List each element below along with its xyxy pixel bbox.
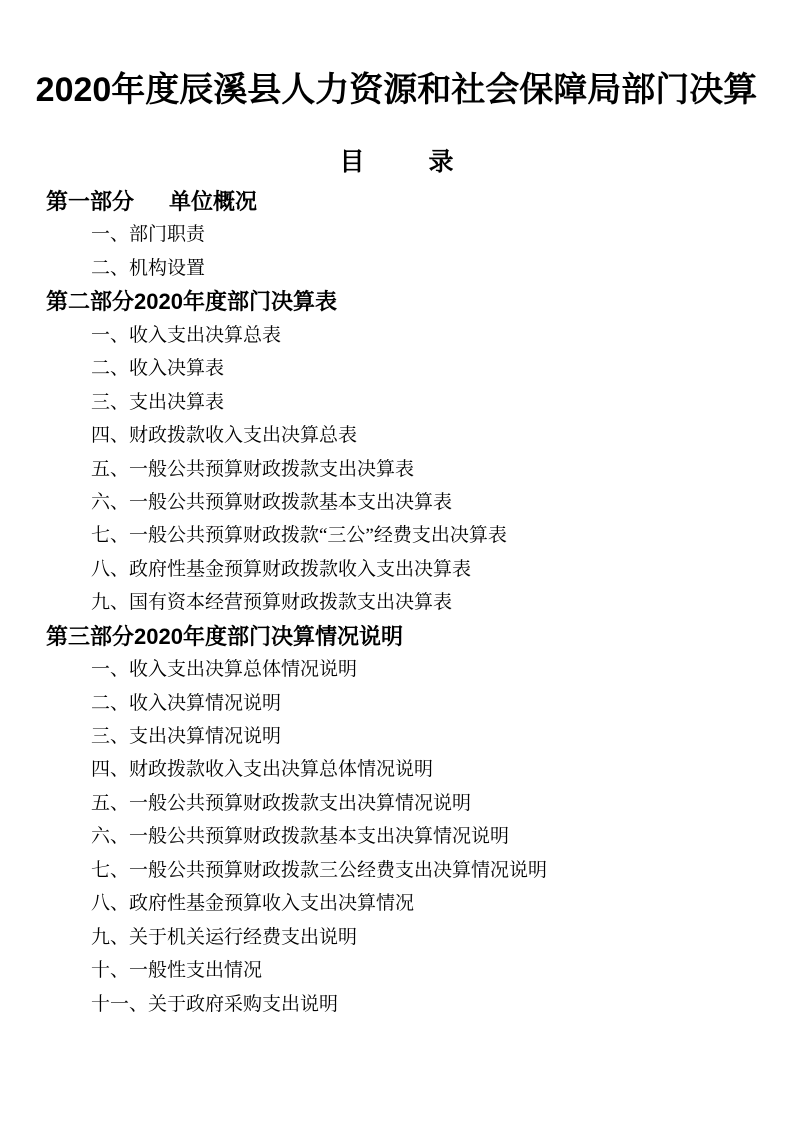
section-part3-title: 2020年度部门决算情况说明 bbox=[134, 624, 403, 649]
toc-entry: 三、支出决算表 bbox=[46, 386, 756, 419]
toc-entry: 三、支出决算情况说明 bbox=[46, 720, 756, 753]
toc-entry: 七、一般公共预算财政拨款三公经费支出决算情况说明 bbox=[46, 854, 756, 887]
section-heading-part1: 第一部分单位概况 bbox=[46, 185, 756, 218]
toc-entry: 十、一般性支出情况 bbox=[46, 954, 756, 987]
toc-entry: 八、政府性基金预算财政拨款收入支出决算表 bbox=[46, 553, 756, 586]
table-of-contents: 第一部分单位概况 一、部门职责 二、机构设置 第二部分2020年度部门决算表 一… bbox=[46, 185, 756, 1021]
toc-title-char-second: 录 bbox=[429, 146, 454, 178]
toc-entry: 九、关于机关运行经费支出说明 bbox=[46, 921, 756, 954]
toc-entry: 一、部门职责 bbox=[46, 218, 756, 251]
toc-title-char-first: 目 bbox=[339, 146, 364, 178]
toc-title: 目 录 bbox=[0, 146, 793, 178]
toc-entry: 一、收入支出决算总体情况说明 bbox=[46, 653, 756, 686]
section-part3-label: 第三部分 bbox=[46, 624, 134, 649]
document-page: { "document": { "title": "2020年度辰溪县人力资源和… bbox=[0, 0, 793, 1122]
section-part2-label: 第二部分 bbox=[46, 289, 134, 314]
toc-entry: 六、一般公共预算财政拨款基本支出决算情况说明 bbox=[46, 820, 756, 853]
toc-entry: 六、一般公共预算财政拨款基本支出决算表 bbox=[46, 486, 756, 519]
toc-entry: 七、一般公共预算财政拨款“三公”经费支出决算表 bbox=[46, 519, 756, 552]
section-heading-part3: 第三部分2020年度部门决算情况说明 bbox=[46, 620, 756, 653]
section-part1-title: 单位概况 bbox=[169, 189, 257, 214]
toc-entry: 五、一般公共预算财政拨款支出决算情况说明 bbox=[46, 787, 756, 820]
toc-entry: 二、收入决算情况说明 bbox=[46, 687, 756, 720]
toc-entry: 四、财政拨款收入支出决算总体情况说明 bbox=[46, 753, 756, 786]
toc-entry: 五、一般公共预算财政拨款支出决算表 bbox=[46, 453, 756, 486]
toc-entry: 一、收入支出决算总表 bbox=[46, 319, 756, 352]
toc-entry: 十一、关于政府采购支出说明 bbox=[46, 988, 756, 1021]
page-title: 2020年度辰溪县人力资源和社会保障局部门决算 bbox=[0, 68, 793, 112]
section-part1-label: 第一部分 bbox=[46, 189, 134, 214]
section-part2-title: 2020年度部门决算表 bbox=[134, 289, 337, 314]
toc-entry: 二、机构设置 bbox=[46, 252, 756, 285]
toc-entry: 四、财政拨款收入支出决算总表 bbox=[46, 419, 756, 452]
toc-entry: 九、国有资本经营预算财政拨款支出决算表 bbox=[46, 586, 756, 619]
toc-entry: 二、收入决算表 bbox=[46, 352, 756, 385]
section-heading-part2: 第二部分2020年度部门决算表 bbox=[46, 285, 756, 318]
toc-entry: 八、政府性基金预算收入支出决算情况 bbox=[46, 887, 756, 920]
